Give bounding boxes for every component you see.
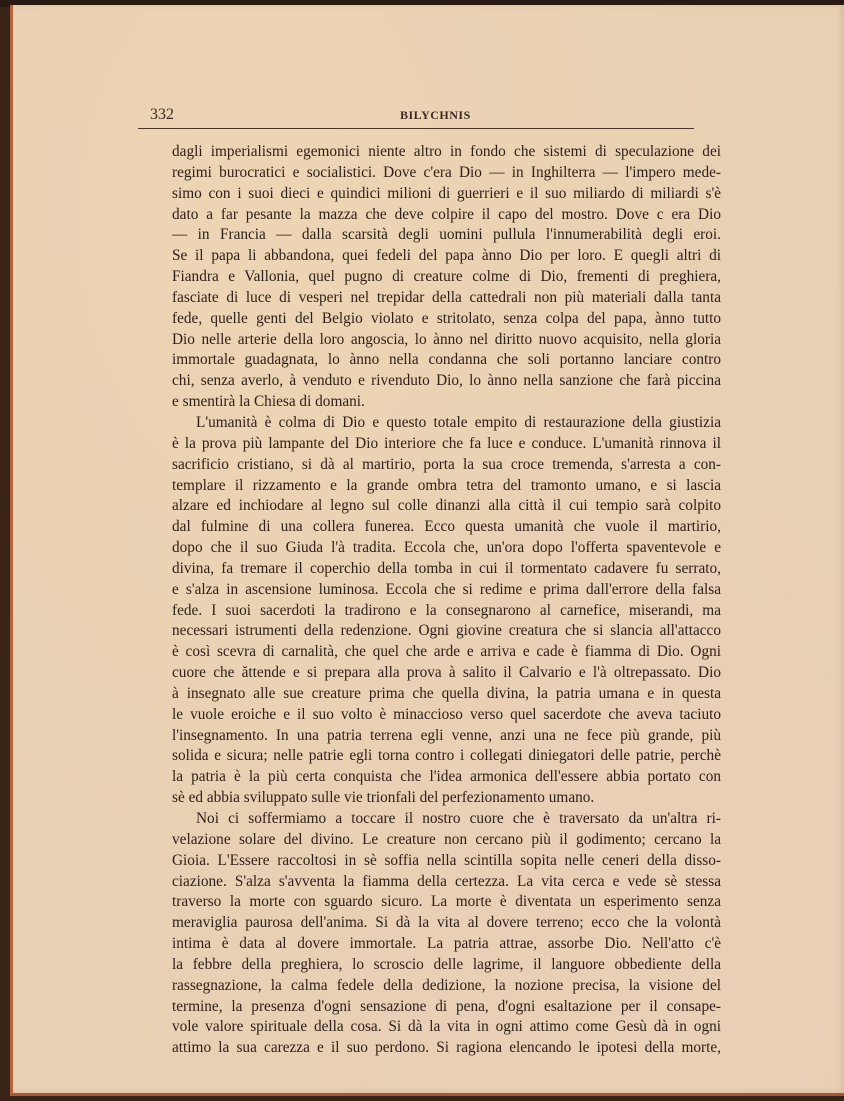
text-line: solida e sicura; nelle patrie egli torna… (172, 746, 721, 767)
text-line: vole valore spirituale della cosa. Si dà… (172, 1017, 721, 1038)
page-header: 332 BILYCHNIS (138, 106, 694, 128)
text-line: Noi ci soffermiamo a toccare il nostro c… (172, 809, 721, 830)
text-line: dato a far pesante la mazza che deve col… (172, 205, 721, 226)
text-line: meraviglia paurosa dell'anima. Si dà la … (172, 913, 721, 934)
text-line: e s'alza in ascensione luminosa. Eccola … (172, 580, 721, 601)
text-line: Se il papa li abbandona, quei fedeli del… (172, 246, 721, 267)
text-line: necessari istrumenti della redenzione. O… (172, 621, 721, 642)
text-line: chi, senza averlo, à venduto e rivenduto… (172, 371, 721, 392)
text-line: sè ed abbia sviluppato sulle vie trionfa… (172, 788, 721, 809)
text-line: l'insegnamento. In una patria terrena eg… (172, 726, 721, 747)
text-line: fede. I suoi sacerdoti la tradirono e la… (172, 601, 721, 622)
text-line: ciazione. S'alza s'avventa la fiamma del… (172, 872, 721, 893)
text-line: traverso la morte con sguardo sicuro. La… (172, 892, 721, 913)
text-line: dal fulmine di una collera funerea. Ecco… (172, 517, 721, 538)
text-line: la febbre della preghiera, lo scroscio d… (172, 955, 721, 976)
text-line: Dio nelle arterie della loro angoscia, l… (172, 330, 721, 351)
text-line: templare il rizzamento e la grande ombra… (172, 476, 721, 497)
text-line: dagli imperialismi egemonici niente altr… (172, 142, 721, 163)
text-line: à insegnato alle sue creature prima che … (172, 684, 721, 705)
text-line: fasciate di luce di vesperi nel trepidar… (172, 288, 721, 309)
text-line: le vuole eroiche e il suo volto è minacc… (172, 705, 721, 726)
text-line: alzare ed inchiodare al legno sul colle … (172, 496, 721, 517)
text-line: dopo che il suo Giuda l'à tradita. Eccol… (172, 538, 721, 559)
text-line: Gioia. L'Essere raccoltosi in sè soffia … (172, 851, 721, 872)
text-line: è così scevra di carnalità, che quel che… (172, 642, 721, 663)
text-line: simo con i suoi dieci e quindici milioni… (172, 184, 721, 205)
text-line: attimo la sua carezza e il suo perdono. … (172, 1038, 721, 1059)
body-text: dagli imperialismi egemonici niente altr… (172, 142, 721, 1059)
text-line: e smentirà la Chiesa di domani. (172, 392, 721, 413)
text-line: fede, quelle genti del Belgio violato e … (172, 309, 721, 330)
text-line: regimi burocratici e socialistici. Dove … (172, 163, 721, 184)
text-line: velazione solare del divino. Le creature… (172, 830, 721, 851)
text-line: immortale guadagnata, lo ànno nella cond… (172, 350, 721, 371)
text-line: rassegnazione, la calma fedele della ded… (172, 976, 721, 997)
header-rule (138, 128, 694, 129)
text-line: L'umanità è colma di Dio e questo totale… (172, 413, 721, 434)
text-line: divina, fa tremare il coperchio della to… (172, 559, 721, 580)
page-number: 332 (150, 106, 174, 124)
text-line: è la prova più lampante del Dio interior… (172, 434, 721, 455)
running-title: BILYCHNIS (400, 108, 471, 123)
text-line: termine, la presenza d'ogni sensazione d… (172, 997, 721, 1018)
text-line: Fiandra e Vallonia, quel pugno di creatu… (172, 267, 721, 288)
text-line: cuore che ăttende e si prepara alla prov… (172, 663, 721, 684)
text-line: — in Francia — dalla scarsità degli uomi… (172, 225, 721, 246)
text-line: la patria è la più certa conquista che l… (172, 767, 721, 788)
text-line: intima è data al dovere immortale. La pa… (172, 934, 721, 955)
text-line: sacrificio cristiano, si dà al martirio,… (172, 455, 721, 476)
